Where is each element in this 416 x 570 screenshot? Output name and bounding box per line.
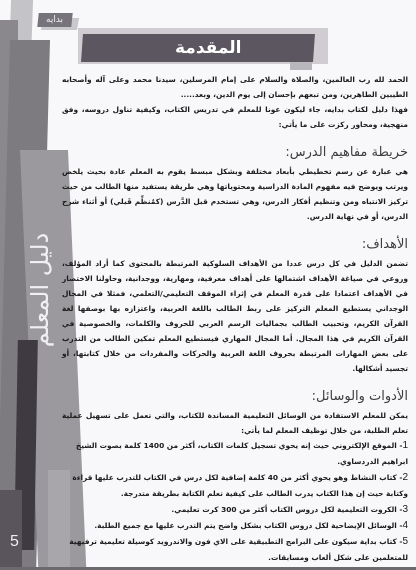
page-title-bar: المقدمة	[81, 34, 315, 62]
list-item-text: - الوسائل الإيضاحية لكل دروس الكتاب بشكل…	[94, 521, 402, 530]
page-number: 5	[10, 533, 19, 551]
list-item-number: 1	[402, 440, 408, 451]
section-heading-objectives: الأهداف:	[62, 236, 408, 254]
side-banner-title: دليل المعلم	[20, 210, 60, 370]
book-tag-label: بدايه	[46, 15, 63, 25]
list-item-number: 5	[402, 536, 408, 547]
list-item-number: 3	[402, 504, 408, 515]
page-content: الحمد لله رب العالمين، والصلاة والسلام ع…	[62, 72, 408, 566]
intro-paragraph-2: فهذا دليل لكتاب بدايه، جاء ليكون عونا لل…	[62, 102, 408, 132]
list-item: 4- الوسائل الإيضاحية لكل دروس الكتاب بشك…	[62, 518, 408, 534]
list-item-number: 2	[402, 472, 408, 483]
list-item: 5- كتاب بداية سيكون على البرامج التطبيقي…	[62, 534, 408, 566]
side-banner-label: دليل المعلم	[26, 233, 54, 347]
document-page: دليل المعلم 5 بدايه المقدمة الحمد لله رب…	[0, 0, 416, 570]
list-item: 3- الكروت التعليمية لكل دروس الكتاب أكثر…	[62, 502, 408, 518]
section-body-concept-map: هي عبارة عن رسم تخطيطي بأبعاد مختلفة وبش…	[62, 164, 408, 224]
section-body-tools: يمكن للمعلم الاستفادة من الوسائل التعليم…	[62, 408, 408, 438]
page-number-block	[0, 490, 22, 570]
list-item: 2- كتاب النشاط وهو يحوي أكثر من 40 كلمة …	[62, 470, 408, 502]
book-tag: بدايه	[37, 13, 72, 27]
list-item-text: - كتاب النشاط وهو يحوي أكثر من 40 كلمة إ…	[72, 473, 408, 498]
page-title: المقدمة	[175, 38, 242, 58]
list-item-number: 4	[402, 520, 408, 531]
list-item: 1- الموقع الإلكتروني حيث إنه يحوي تسجيل …	[62, 438, 408, 470]
section-heading-concept-map: خريطة مفاهيم الدرس:	[62, 144, 408, 162]
list-item-text: - الموقع الإلكتروني حيث إنه يحوي تسجيل ك…	[76, 441, 408, 466]
list-item-text: - كتاب بداية سيكون على البرامج التطبيقية…	[69, 537, 408, 562]
list-item-text: - الكروت التعليمية لكل دروس الكتاب أكثر …	[171, 505, 402, 514]
section-body-objectives: تضمن الدليل في كل درس عددا من الأهداف ال…	[62, 256, 408, 376]
intro-paragraph-1: الحمد لله رب العالمين، والصلاة والسلام ع…	[62, 72, 408, 102]
section-heading-tools: الأدوات والوسائل:	[62, 388, 408, 406]
